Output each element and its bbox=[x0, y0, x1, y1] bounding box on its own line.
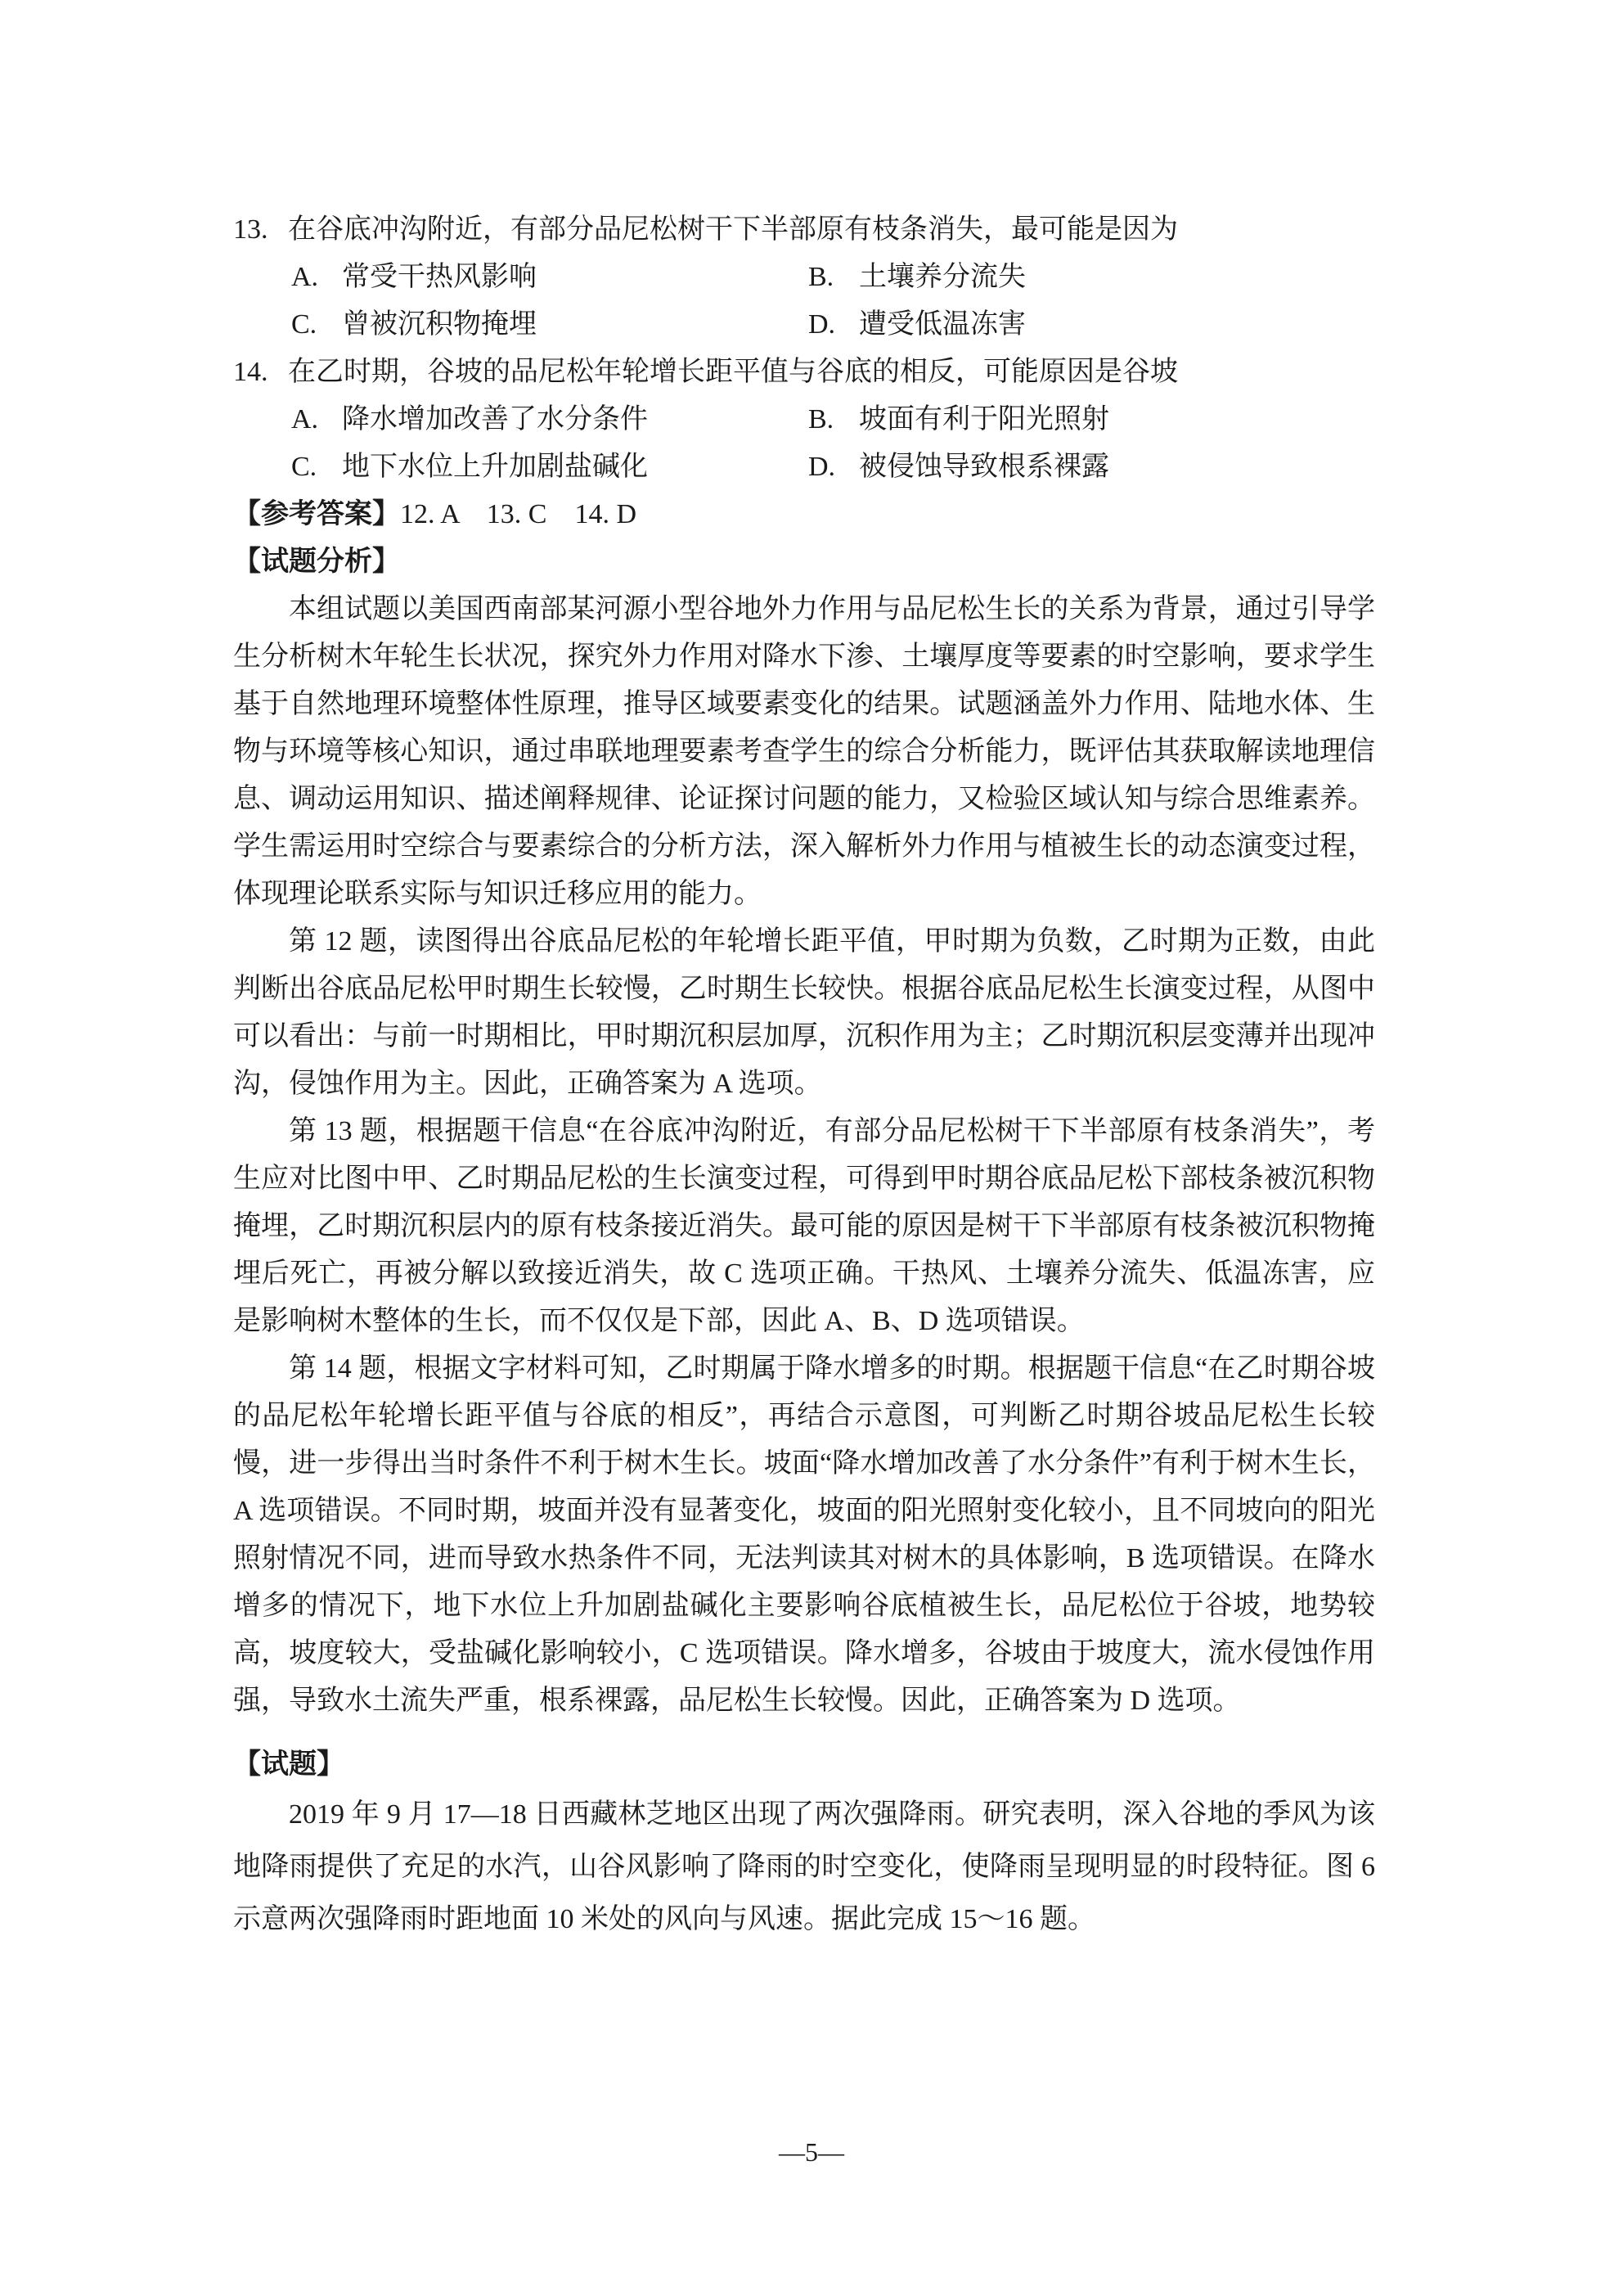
option-a-label: A. bbox=[291, 254, 342, 301]
question-13-option-b: B. 土壤养分流失 bbox=[808, 254, 1375, 301]
question-13-options: A. 常受干热风影响 B. 土壤养分流失 C. 曾被沉积物掩埋 D. 遭受低温冻… bbox=[233, 254, 1375, 349]
question-14-stem: 在乙时期，谷坡的品尼松年轮增长距平值与谷底的相反，可能原因是谷坡 bbox=[288, 349, 1375, 396]
option-b-text: 土壤养分流失 bbox=[859, 254, 1026, 301]
question-13-stem: 在谷底冲沟附近，有部分品尼松树干下半部原有枝条消失，最可能是因为 bbox=[288, 206, 1375, 254]
analysis-heading: 【试题分析】 bbox=[233, 538, 1375, 586]
question-14-option-b: B. 坡面有利于阳光照射 bbox=[808, 396, 1375, 443]
option-a-text: 降水增加改善了水分条件 bbox=[342, 396, 648, 443]
question-14: 14. 在乙时期，谷坡的品尼松年轮增长距平值与谷底的相反，可能原因是谷坡 A. … bbox=[233, 349, 1375, 491]
option-b-label: B. bbox=[808, 396, 859, 443]
option-d-text: 被侵蚀导致根系裸露 bbox=[859, 443, 1109, 491]
next-question-section: 【试题】 2019 年 9 月 17—18 日西藏林芝地区出现了两次强降雨。研究… bbox=[233, 1741, 1375, 1946]
option-b-label: B. bbox=[808, 254, 859, 301]
analysis-section: 【试题分析】 本组试题以美国西南部某河源小型谷地外力作用与品尼松生长的关系为背景… bbox=[233, 538, 1375, 1725]
question-13-option-d: D. 遭受低温冻害 bbox=[808, 301, 1375, 349]
option-d-label: D. bbox=[808, 301, 859, 349]
analysis-paragraph-3: 第 13 题，根据题干信息“在谷底冲沟附近，有部分品尼松树干下半部原有枝条消失”… bbox=[233, 1108, 1375, 1345]
question-13: 13. 在谷底冲沟附近，有部分品尼松树干下半部原有枝条消失，最可能是因为 A. … bbox=[233, 206, 1375, 349]
next-question-heading: 【试题】 bbox=[233, 1741, 1375, 1789]
question-14-option-d: D. 被侵蚀导致根系裸露 bbox=[808, 443, 1375, 491]
question-14-option-a: A. 降水增加改善了水分条件 bbox=[291, 396, 808, 443]
reference-answer-values: 12. A 13. C 14. D bbox=[400, 491, 636, 538]
option-b-text: 坡面有利于阳光照射 bbox=[859, 396, 1109, 443]
question-13-number: 13. bbox=[233, 206, 288, 254]
question-13-stem-line: 13. 在谷底冲沟附近，有部分品尼松树干下半部原有枝条消失，最可能是因为 bbox=[233, 206, 1375, 254]
option-d-label: D. bbox=[808, 443, 859, 491]
option-d-text: 遭受低温冻害 bbox=[859, 301, 1026, 349]
question-13-option-c: C. 曾被沉积物掩埋 bbox=[291, 301, 808, 349]
option-c-label: C. bbox=[291, 301, 342, 349]
question-14-options: A. 降水增加改善了水分条件 B. 坡面有利于阳光照射 C. 地下水位上升加剧盐… bbox=[233, 396, 1375, 491]
reference-answer-line: 【参考答案】 12. A 13. C 14. D bbox=[233, 491, 1375, 538]
reference-answer-heading: 【参考答案】 bbox=[233, 491, 400, 538]
option-c-text: 地下水位上升加剧盐碱化 bbox=[342, 443, 648, 491]
option-a-label: A. bbox=[291, 396, 342, 443]
question-13-option-a: A. 常受干热风影响 bbox=[291, 254, 808, 301]
page-body: 13. 在谷底冲沟附近，有部分品尼松树干下半部原有枝条消失，最可能是因为 A. … bbox=[233, 206, 1375, 1946]
page-number: —5— bbox=[0, 2134, 1623, 2170]
analysis-paragraph-4: 第 14 题，根据文字材料可知，乙时期属于降水增多的时期。根据题干信息“在乙时期… bbox=[233, 1345, 1375, 1725]
option-a-text: 常受干热风影响 bbox=[342, 254, 537, 301]
option-c-label: C. bbox=[291, 443, 342, 491]
question-14-stem-line: 14. 在乙时期，谷坡的品尼松年轮增长距平值与谷底的相反，可能原因是谷坡 bbox=[233, 349, 1375, 396]
question-14-number: 14. bbox=[233, 349, 288, 396]
analysis-paragraph-1: 本组试题以美国西南部某河源小型谷地外力作用与品尼松生长的关系为背景，通过引导学生… bbox=[233, 586, 1375, 918]
analysis-paragraph-2: 第 12 题，读图得出谷底品尼松的年轮增长距平值，甲时期为负数，乙时期为正数，由… bbox=[233, 918, 1375, 1108]
document-page: 13. 在谷底冲沟附近，有部分品尼松树干下半部原有枝条消失，最可能是因为 A. … bbox=[0, 0, 1623, 2296]
question-14-option-c: C. 地下水位上升加剧盐碱化 bbox=[291, 443, 808, 491]
option-c-text: 曾被沉积物掩埋 bbox=[342, 301, 537, 349]
next-question-intro: 2019 年 9 月 17—18 日西藏林芝地区出现了两次强降雨。研究表明，深入… bbox=[233, 1789, 1375, 1946]
